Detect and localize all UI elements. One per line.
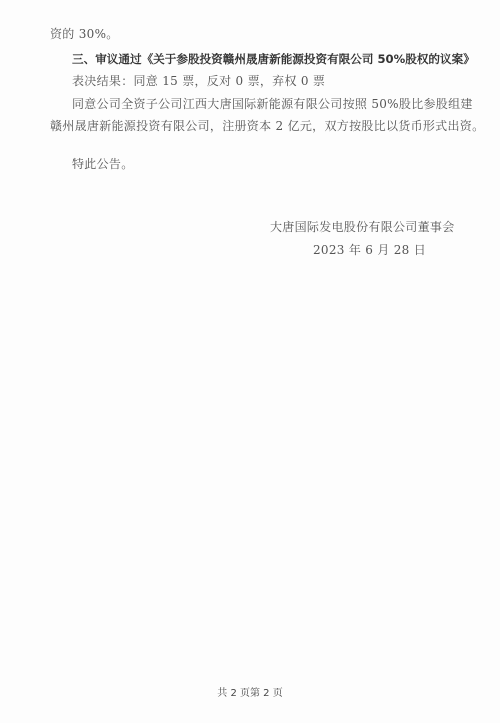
vote-result: 表决结果：同意 15 票，反对 0 票，弃权 0 票: [72, 73, 325, 89]
body-paragraph-line-2: 赣州晟唐新能源投资有限公司，注册资本 2 亿元，双方按股比以货币形式出资。: [50, 118, 484, 134]
issuer-signature: 大唐国际发电股份有限公司董事会: [270, 219, 455, 235]
document-page: 资的 30%。 三、审议通过《关于参股投资赣州晟唐新能源投资有限公司 50%股权…: [0, 0, 500, 723]
continuation-text: 资的 30%。: [50, 26, 119, 42]
body-paragraph-line-1: 同意公司全资子公司江西大唐国际新能源有限公司按照 50%股比参股组建: [72, 96, 473, 112]
page-indicator: 共 2 页第 2 页: [0, 684, 500, 699]
signature-date: 2023 年 6 月 28 日: [313, 242, 426, 258]
section-heading: 三、审议通过《关于参股投资赣州晟唐新能源投资有限公司 50%股权的议案》: [72, 51, 475, 67]
closing-text: 特此公告。: [72, 156, 134, 172]
